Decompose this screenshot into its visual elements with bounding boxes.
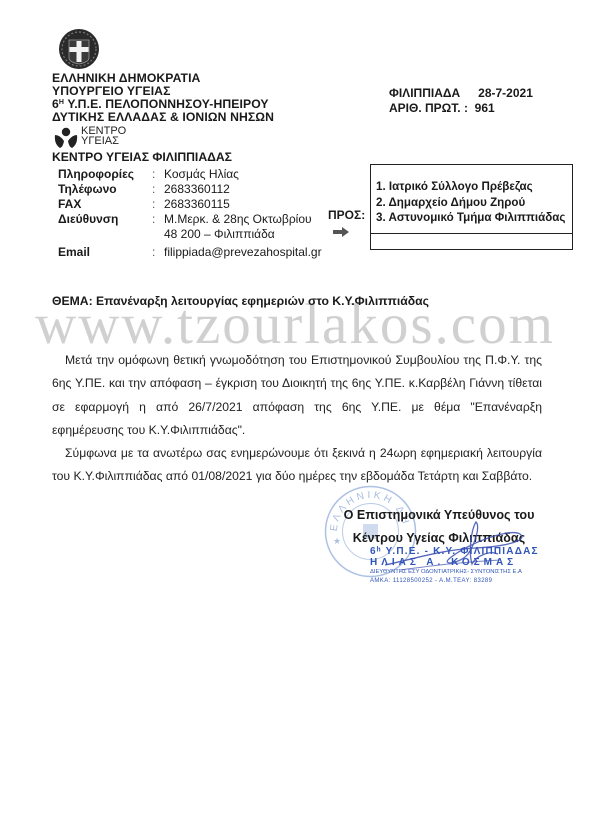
recipient-item: 1. Ιατρικό Σύλλογο Πρέβεζας — [376, 179, 565, 195]
letter-body: Μετά την ομόφωνη θετική γνωμοδότηση του … — [52, 349, 542, 489]
place: ΦΙΛΙΠΠΙΑΔΑ — [389, 86, 460, 100]
header-ype: 6Η Υ.Π.Ε. ΠΕΛΟΠΟΝΝΗΣΟΥ-ΗΠΕΙΡΟΥ — [52, 97, 274, 111]
protocol-number: 961 — [475, 101, 495, 115]
subject-line: ΘΕΜΑ: Επανέναρξη λειτουργίας εφημεριών σ… — [52, 294, 429, 308]
logo-text: ΚΕΝΤΡΟ ΥΓΕΙΑΣ — [81, 126, 126, 146]
recipients-label: ΠΡΟΣ: — [328, 208, 365, 222]
greek-state-emblem-icon — [57, 27, 101, 71]
kentro-ygeias-logo: ΚΕΝΤΡΟ ΥΓΕΙΑΣ — [54, 126, 112, 150]
recipient-item: 2. Δημαρχείο Δήμου Ζηρού — [376, 195, 565, 211]
contact-row: Τηλέφωνο:2683360112 — [58, 182, 322, 197]
handwritten-signature — [380, 520, 530, 580]
contact-row: Διεύθυνση:Μ.Μερκ. & 28ης Οκτωβρίου — [58, 212, 322, 227]
health-center-name: ΚΕΝΤΡΟ ΥΓΕΙΑΣ ΦΙΛΙΠΠΙΑΔΑΣ — [52, 150, 232, 164]
contact-row: Email:filippiada@prevezahospital.gr — [58, 245, 322, 260]
recipients-box: 1. Ιατρικό Σύλλογο Πρέβεζας 2. Δημαρχείο… — [370, 164, 573, 250]
document-meta: ΦΙΛΙΠΠΙΑΔΑ28-7-2021 ΑΡΙΘ. ΠΡΩΤ. : 961 — [389, 86, 533, 116]
email-link[interactable]: filippiada@prevezahospital.gr — [164, 245, 322, 260]
contact-row: 48 200 – Φιλιππιάδα — [58, 227, 322, 242]
letterhead: ΕΛΛΗΝΙΚΗ ΔΗΜΟΚΡΑΤΙΑ ΥΠΟΥΡΓΕΙΟ ΥΓΕΙΑΣ 6Η … — [52, 72, 274, 123]
header-ministry: ΥΠΟΥΡΓΕΙΟ ΥΓΕΙΑΣ — [52, 85, 274, 98]
recipients-divider — [371, 233, 572, 234]
body-paragraph: Μετά την ομόφωνη θετική γνωμοδότηση του … — [52, 349, 542, 442]
date: 28-7-2021 — [478, 86, 533, 100]
recipients-list: 1. Ιατρικό Σύλλογο Πρέβεζας 2. Δημαρχείο… — [376, 179, 565, 226]
body-paragraph: Σύμφωνα με τα ανωτέρω σας ενημερώνουμε ό… — [52, 442, 542, 489]
kentro-ygeias-logo-icon — [54, 127, 78, 149]
contact-row: Πληροφορίες:Κοσμάς Ηλίας — [58, 167, 322, 182]
right-arrow-icon — [333, 224, 349, 234]
contact-row: FAX:2683360115 — [58, 197, 322, 212]
header-republic: ΕΛΛΗΝΙΚΗ ΔΗΜΟΚΡΑΤΙΑ — [52, 72, 274, 85]
protocol-label: ΑΡΙΘ. ΠΡΩΤ. : — [389, 101, 468, 115]
header-region: ΔΥΤΙΚΗΣ ΕΛΛΑΔΑΣ & ΙΟΝΙΩΝ ΝΗΣΩΝ — [52, 111, 274, 124]
contact-info: Πληροφορίες:Κοσμάς Ηλίας Τηλέφωνο:268336… — [58, 167, 322, 260]
recipient-item: 3. Αστυνομικό Τμήμα Φιλιππιάδας — [376, 210, 565, 226]
